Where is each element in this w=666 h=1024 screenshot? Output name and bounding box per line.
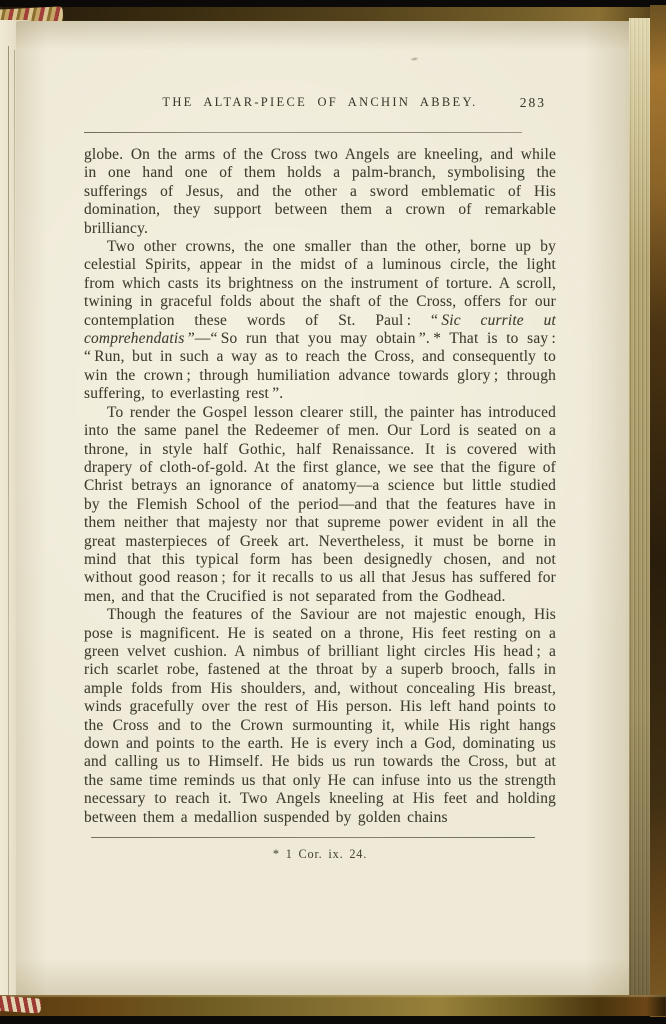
body-text: globe. On the arms of the Cross two Ange… [84, 146, 556, 827]
paragraph-4: Though the features of the Saviour are n… [84, 606, 556, 827]
ink-speck [410, 56, 419, 61]
footnote-rule [91, 837, 535, 838]
header-rule [84, 132, 522, 133]
book-cover-bottom-edge [0, 995, 666, 1016]
paragraph-3: To render the Gospel lesson clearer stil… [84, 404, 556, 606]
page-edge-seam [8, 46, 9, 1008]
footnote: * 1 Cor. ix. 24. [84, 847, 556, 862]
page-text-column: THE ALTAR-PIECE OF ANCHIN ABBEY. 283 glo… [84, 95, 556, 862]
page-number: 283 [520, 95, 546, 111]
running-header: THE ALTAR-PIECE OF ANCHIN ABBEY. 283 [84, 95, 556, 113]
page-edge-seam [14, 50, 15, 370]
book-cover-right-edge [650, 5, 666, 1017]
paragraph-1: globe. On the arms of the Cross two Ange… [84, 146, 556, 238]
book-page: THE ALTAR-PIECE OF ANCHIN ABBEY. 283 glo… [16, 21, 634, 997]
endband-bottom-left [0, 995, 41, 1013]
paragraph-2: Two other crowns, the one smaller than t… [84, 238, 556, 404]
running-header-title: THE ALTAR-PIECE OF ANCHIN ABBEY. [84, 95, 556, 110]
book-photo: THE ALTAR-PIECE OF ANCHIN ABBEY. 283 glo… [0, 0, 666, 1024]
